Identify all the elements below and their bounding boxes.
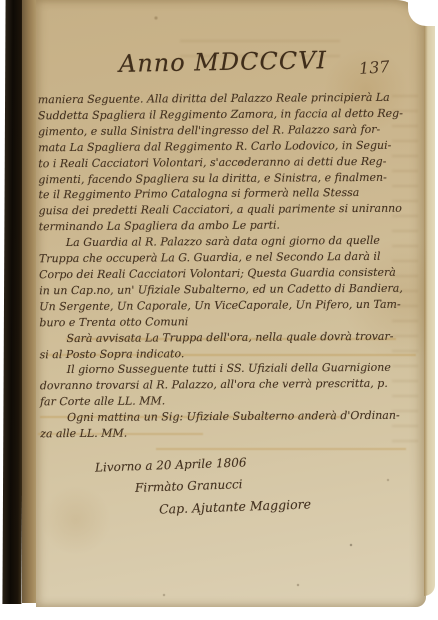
underlying-page-edge bbox=[424, 26, 435, 596]
manuscript-line: guisa dei predetti Reali Cacciatori, a q… bbox=[39, 201, 395, 219]
photo-backdrop-bottom bbox=[0, 607, 438, 620]
stacked-page-edges bbox=[22, 0, 37, 603]
folio-number: 137 bbox=[359, 57, 391, 78]
manuscript-line: Ogni mattina un Sig: Ufiziale Subalterno… bbox=[40, 408, 396, 426]
manuscript-line: Sarà avvisata La Truppa dell'ora, nella … bbox=[39, 328, 395, 346]
page-header: Anno MDCCCVI 137 bbox=[36, 46, 426, 88]
manuscript-line: za alle LL. MM. bbox=[40, 424, 396, 442]
manuscript-line: mata La Spagliera dal Reggimento R. Carl… bbox=[38, 137, 394, 155]
manuscript-body: maniera Seguente. Alla diritta del Palaz… bbox=[38, 90, 396, 442]
manuscript-line: to i Reali Cacciatori Volontari, s'accod… bbox=[38, 153, 394, 171]
manuscript-line: dovranno trovarsi al R. Palazzo, all'ora… bbox=[40, 376, 396, 394]
page-title: Anno MDCCCVI bbox=[108, 46, 338, 78]
manuscript-photo: Anno MDCCCVI 137 maniera Seguente. Alla … bbox=[0, 0, 438, 620]
manuscript-line: Un Sergente, Un Caporale, Un ViceCaporal… bbox=[39, 297, 395, 315]
